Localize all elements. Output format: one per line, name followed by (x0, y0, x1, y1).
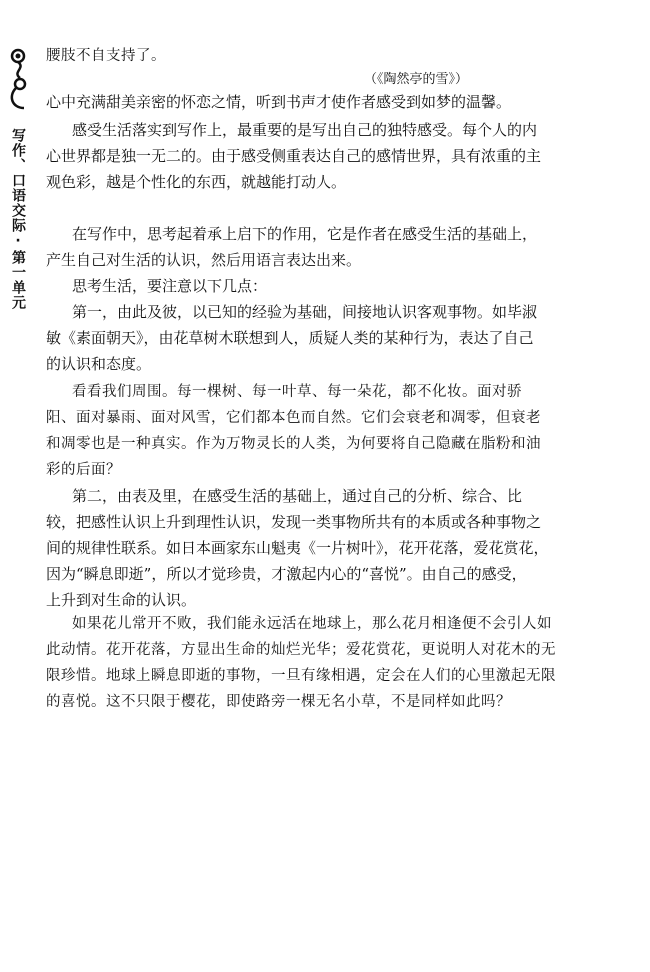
decorative-flourish-icon (8, 48, 28, 112)
quote-line: 限珍惜。地球上瞬息即逝的事物，一旦有缘相遇，定会在人们的心里激起无限 (46, 666, 556, 686)
paragraph-line: 观色彩，越是个性化的东西，就越能打动人。 (46, 172, 346, 192)
chapter-side-label: 写作、口语交际·第一单元 (8, 128, 26, 310)
paragraph-line: 心中充满甜美亲密的怀恋之情，听到书声才使作者感受到如梦的温馨。 (46, 92, 511, 112)
paragraph-line: 较，把感性认识上升到理性认识，发现一类事物所共有的本质或各种事物之 (46, 512, 541, 532)
paragraph-line: 思考生活，要注意以下几点： (72, 276, 267, 296)
paragraph-line: 第二，由表及里，在感受生活的基础上，通过自己的分析、综合、比 (72, 486, 522, 506)
paragraph-line: 间的规律性联系。如日本画家东山魁夷《一片树叶》，花开花落，爱花赏花， (46, 538, 549, 558)
paragraph-line: 因为“瞬息即逝”，所以才觉珍贵，才激起内心的“喜悦”。由自己的感受， (46, 564, 527, 584)
quote-line: 看看我们周围。每一棵树、每一叶草、每一朵花，都不化妆。面对骄 (72, 382, 522, 402)
quote-line: 彩的后面？ (46, 460, 121, 480)
quote-line: 和凋零也是一种真实。作为万物灵长的人类，为何要将自己隐藏在脂粉和油 (46, 434, 541, 454)
quote-line: 此动情。花开花落，方显出生命的灿烂光华；爱花赏花，更说明人对花木的无 (46, 640, 556, 660)
paragraph-line: 产生自己对生活的认识，然后用语言表达出来。 (46, 250, 361, 270)
quote-line: 的喜悦。这不只限于樱花，即使路旁一棵无名小草，不是同样如此吗？ (46, 692, 511, 712)
paragraph-line: 敏《素面朝天》，由花草树木联想到人，质疑人类的某种行为，表达了自己 (46, 328, 534, 348)
paragraph-line: 第一，由此及彼，以已知的经验为基础，间接地认识客观事物。如毕淑 (72, 302, 537, 322)
quote-line: 阳、面对暴雨、面对风雪，它们都本色而自然。它们会衰老和凋零，但衰老 (46, 408, 541, 428)
paragraph-line: 的认识和态度。 (46, 354, 151, 374)
paragraph-line: 感受生活落实到写作上，最重要的是写出自己的独特感受。每个人的内 (72, 120, 537, 140)
paragraph-line: 心世界都是独一无二的。由于感受侧重表达自己的感情世界，具有浓重的主 (46, 146, 541, 166)
quote-line: 如果花儿常开不败，我们能永远活在地球上，那么花月相逢便不会引人如 (72, 614, 552, 634)
source-citation: （《陶然亭的雪》） (364, 68, 468, 87)
paragraph-line: 在写作中，思考起着承上启下的作用，它是作者在感受生活的基础上， (72, 224, 537, 244)
paragraph-line: 上升到对生命的认识。 (46, 590, 196, 610)
top-fragment: 腰肢不自支持了。 (46, 46, 166, 66)
